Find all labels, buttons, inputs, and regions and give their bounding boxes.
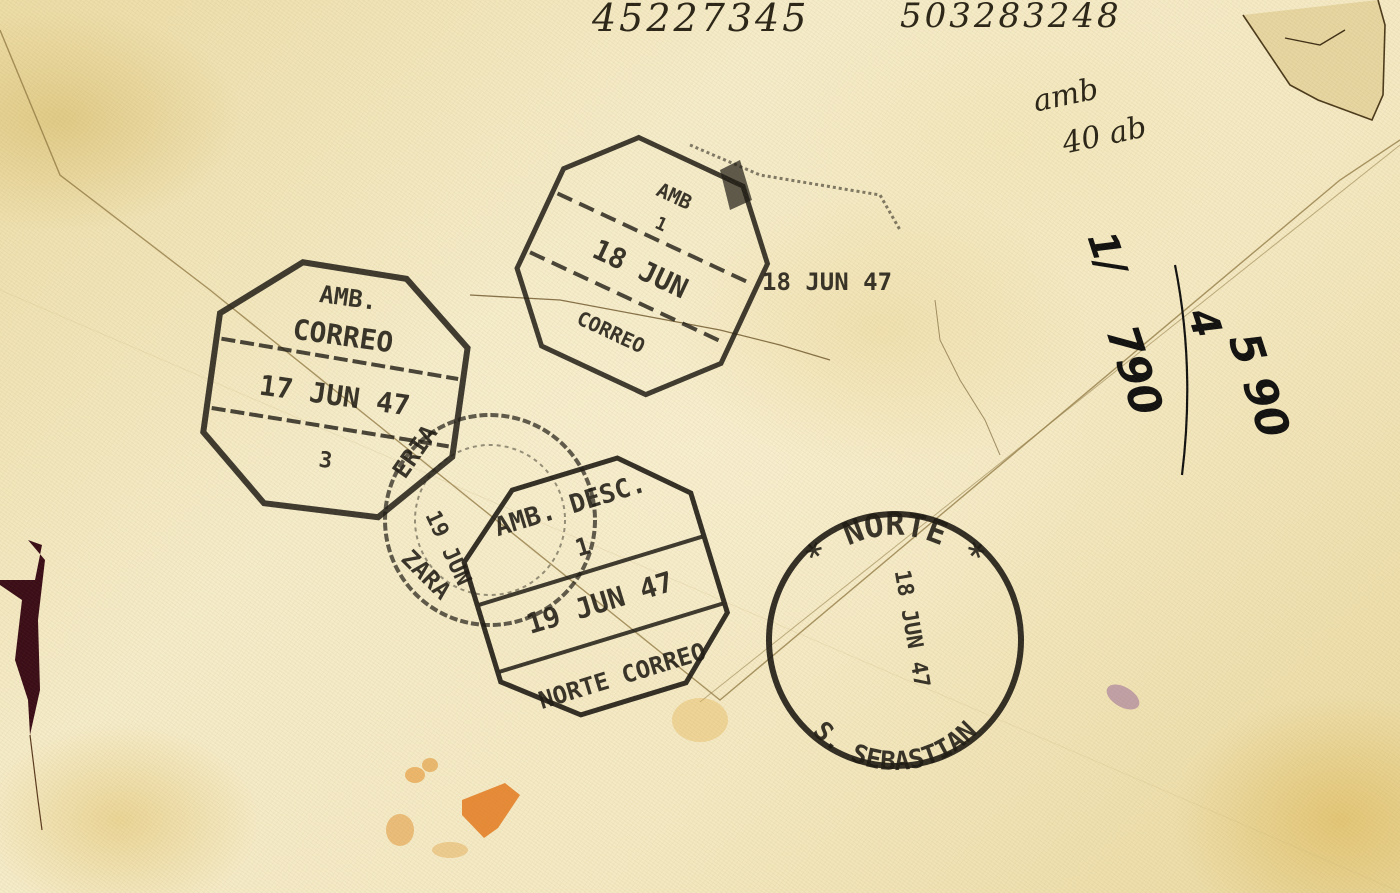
postmark-text: CORREO	[573, 306, 649, 358]
postmark-date: 18 JUN	[588, 233, 694, 306]
envelope-back: AMB. CORREO 17 JUN 47 3 AMB 1 18 JUN COR…	[0, 0, 1400, 893]
postmark-date: 18 JUN 47	[762, 268, 892, 296]
postmark-text: AMB.	[318, 280, 379, 316]
postmark-text: AMB. DESC.	[491, 469, 649, 543]
postmark-amb-correo: AMB. CORREO 17 JUN 47 3	[195, 252, 477, 528]
postmark-date: 18 JUN 47	[889, 568, 934, 690]
postmark-amb-desc: AMB. DESC. 1 19 JUN 47 NORTE CORREO	[448, 440, 743, 734]
handwritten-number: 45227345	[592, 0, 809, 40]
postmark-norte-san-sebastian: * NORTE * S. SEBASTIAN 18 JUN 47	[769, 505, 1021, 777]
postmark-text: S. SEBASTIAN	[807, 716, 983, 777]
postmark-text: AMB	[653, 178, 696, 215]
postmark-amb-18jun: AMB 1 18 JUN CORREO	[492, 114, 793, 418]
postmark-date: 17 JUN 47	[257, 369, 412, 423]
postmarks-layer: AMB. CORREO 17 JUN 47 3 AMB 1 18 JUN COR…	[0, 0, 1400, 893]
postmark-date: 19 JUN 47	[523, 565, 678, 641]
postmark-text: * NORTE *	[797, 505, 992, 574]
postmark-partial-18jun47: 18 JUN 47	[690, 145, 900, 296]
postmark-code: 3	[317, 448, 334, 475]
handwritten-number: 503283248	[900, 0, 1122, 36]
postmark-text: 1	[652, 213, 671, 237]
